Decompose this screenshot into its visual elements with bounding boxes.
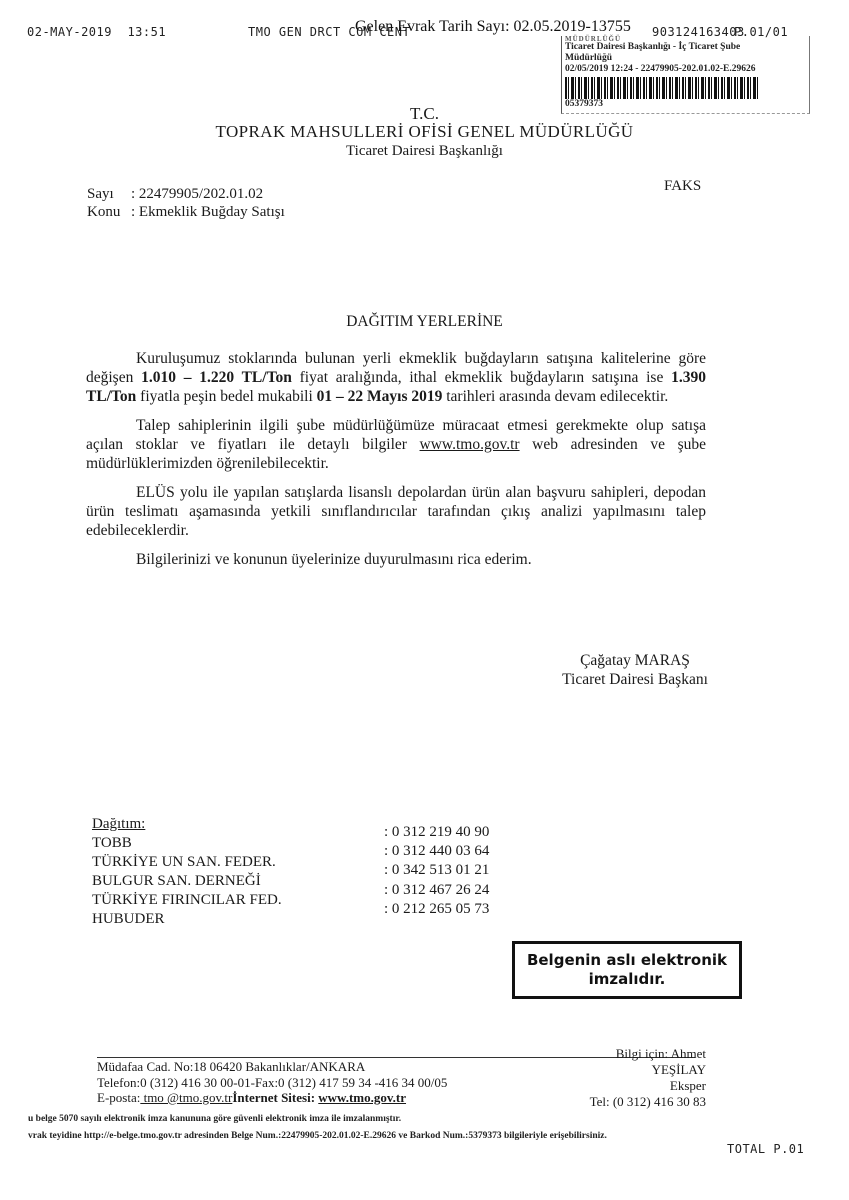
distribution-phone: : 0 342 513 01 21 [384,861,489,880]
footer-email-web: E-posta: tmo @tmo.gov.trİnternet Sitesi:… [97,1090,447,1106]
document-type: FAKS [664,178,701,195]
website-link[interactable]: www.tmo.gov.tr [420,436,520,453]
distribution-phone: : 0 312 467 26 24 [384,881,489,900]
e-signature-line2: imzalıdır. [515,970,739,989]
konu-label: Konu [87,204,131,221]
fax-header-datetime: 02-MAY-2019 13:51 [27,25,166,39]
footer-contact: Müdafaa Cad. No:18 06420 Bakanlıklar/ANK… [97,1059,447,1106]
distribution-phone: : 0 312 219 40 90 [384,823,489,842]
footer-info-contact: Bilgi için: Ahmet YEŞİLAY Eksper Tel: (0… [560,1046,706,1110]
signatory-title: Ticaret Dairesi Başkanı [520,670,750,689]
fax-time: 13:51 [127,25,166,39]
barcode-label-line1: Ticaret Dairesi Başkanlığı - İç Ticaret … [565,42,809,53]
signature-block: Çağatay MARAŞ Ticaret Dairesi Başkanı [520,651,750,689]
footer-address: Müdafaa Cad. No:18 06420 Bakanlıklar/ANK… [97,1059,447,1075]
fax-total-pages: TOTAL P.01 [727,1142,804,1156]
signatory-name: Çağatay MARAŞ [520,651,750,670]
paragraph-1: Kuruluşumuz stoklarında bulunan yerli ek… [86,349,706,406]
barcode-icon [565,77,760,99]
distribution-item: TÜRKİYE UN SAN. FEDER. [92,853,282,872]
sayi-value: : 22479905/202.01.02 [131,186,263,202]
document-subject: Konu: Ekmeklik Buğday Satışı [87,204,285,221]
distribution-phone: : 0 212 265 05 73 [384,900,489,919]
document-number: Sayı: 22479905/202.01.02 [87,186,263,203]
konu-value: : Ekmeklik Buğday Satışı [131,204,285,220]
e-signature-stamp: Belgenin aslı elektronik imzalıdır. [512,941,742,999]
distribution-item: TÜRKİYE FIRINCILAR FED. [92,891,282,910]
info-contact-name: Bilgi için: Ahmet YEŞİLAY [560,1046,706,1078]
recipient-heading: DAĞITIM YERLERİNE [0,313,849,331]
distribution-phone: : 0 312 440 03 64 [384,842,489,861]
paragraph-2: Talep sahiplerinin ilgili şube müdürlüğü… [86,416,706,473]
barcode-label-line3: 02/05/2019 12:24 - 22479905-202.01.02-E.… [565,64,809,75]
distribution-phones: : 0 312 219 40 90 : 0 312 440 03 64 : 0 … [384,823,489,919]
email-link[interactable]: tmo @tmo.gov.tr [140,1090,232,1105]
distribution-item: HUBUDER [92,910,282,929]
paragraph-3: ELÜS yolu ile yapılan satışlarda lisansl… [86,483,706,540]
legal-notice-1: u belge 5070 sayılı elektronik imza kanu… [28,1114,401,1124]
letterhead-department: Ticaret Dairesi Başkanlığı [0,143,849,160]
sale-dates: 01 – 22 Mayıs 2019 [317,388,443,405]
distribution-list: Dağıtım: TOBB TÜRKİYE UN SAN. FEDER. BUL… [92,815,282,929]
letterhead-tc: T.C. [0,104,849,124]
incoming-document-stamp: Gelen Evrak Tarih Sayı: 02.05.2019-13755 [355,18,631,36]
sayi-label: Sayı [87,186,131,203]
distribution-item: BULGUR SAN. DERNEĞİ [92,872,282,891]
distribution-title: Dağıtım: [92,815,282,834]
info-contact-title: Eksper [560,1078,706,1094]
barcode-label: MÜDÜRLÜĞÜ Ticaret Dairesi Başkanlığı - İ… [561,36,810,114]
letter-body: Kuruluşumuz stoklarında bulunan yerli ek… [86,349,706,579]
paragraph-4: Bilgilerinizi ve konunun üyelerinize duy… [86,550,706,569]
barcode-label-line2: Müdürlüğü [565,53,809,64]
distribution-item: TOBB [92,834,282,853]
footer-website-link[interactable]: www.tmo.gov.tr [318,1090,406,1105]
domestic-price-range: 1.010 – 1.220 TL/Ton [141,369,292,386]
letterhead-organization: TOPRAK MAHSULLERİ OFİSİ GENEL MÜDÜRLÜĞÜ [0,122,849,142]
legal-notice-2: vrak teyidine http://e-belge.tmo.gov.tr … [28,1131,607,1141]
e-signature-line1: Belgenin aslı elektronik [515,951,739,970]
footer-phone-fax: Telefon:0 (312) 416 30 00-01-Fax:0 (312)… [97,1075,447,1091]
info-contact-phone: Tel: (0 312) 416 30 83 [560,1094,706,1110]
fax-date: 02-MAY-2019 [27,25,112,39]
